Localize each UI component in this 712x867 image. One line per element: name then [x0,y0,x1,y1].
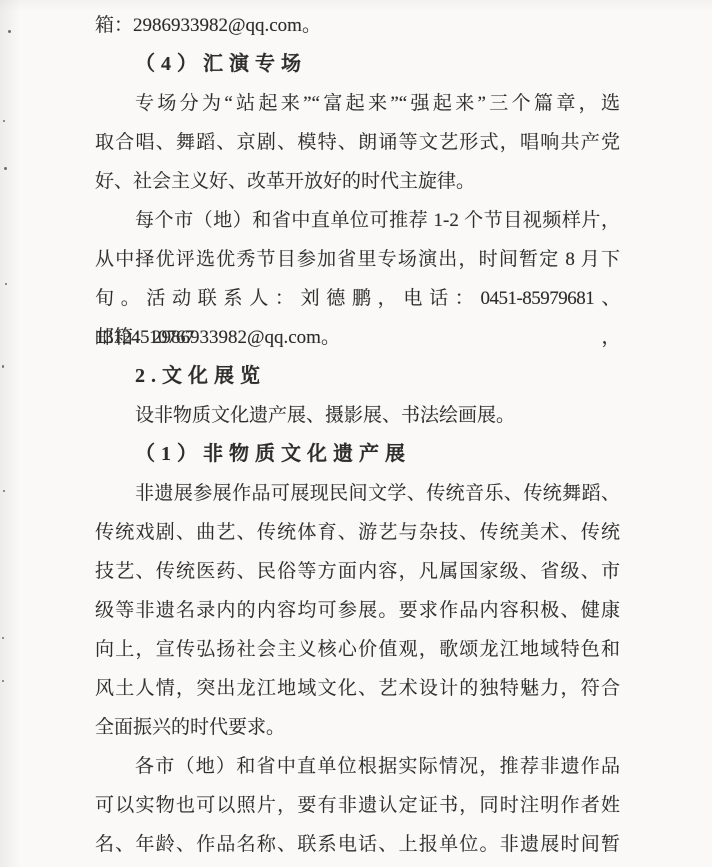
body-line: 级等非遗名录内的内容均可参展。要求作品内容积极、健康 [95,591,620,630]
scan-artifact [2,637,4,639]
body-line-page-bottom: 名、年龄、作品名称、联系电话、上报单位。非遗展时间暂 [95,825,620,864]
scanned-document-page: { "document": { "kind": "scanned-officia… [0,0,712,867]
body-line: 技艺、传统医药、民俗等方面内容，凡属国家级、省级、市 [95,552,620,591]
body-line-contact-info: 旬。活动联系人：刘德鹏，电话：0451-85979681、13124510767… [95,279,620,318]
scan-artifact [3,120,5,122]
body-line-paragraph-end: 全面振兴的时代要求。 [95,708,620,747]
body-line: 各市（地）和省中直单位根据实际情况，推荐非遗作品 [95,747,620,786]
body-line: 每个市（地）和省中直单位可推荐 1-2 个节目视频样片， [95,201,620,240]
scan-artifact [5,283,7,285]
body-line: 传统戏剧、曲艺、传统体育、游艺与杂技、传统美术、传统 [95,513,620,552]
scan-artifact [3,490,5,492]
scan-artifact [2,365,4,368]
line-email-continuation: 箱：2986933982@qq.com。 [95,6,620,45]
heading-cultural-exhibition: 2.文化展览 [95,357,620,396]
scan-edge-shading [0,0,20,867]
body-line: 专场分为“站起来”“富起来”“强起来”三个篇章，选 [95,84,620,123]
body-line: 向上，宣传弘扬社会主义核心价值观，歌颂龙江地域特色和 [95,630,620,669]
scan-artifact [2,680,4,682]
body-line-paragraph-end: 好、社会主义好、改革开放好的时代主旋律。 [95,162,620,201]
body-line-paragraph-end: 设非物质文化遗产展、摄影展、书法绘画展。 [95,396,620,435]
body-line: 从中择优评选优秀节目参加省里专场演出，时间暂定 8 月下 [95,240,620,279]
heading-intangible-heritage-exhibition: （1）非物质文化遗产展 [95,435,620,474]
heading-performance-special: （4）汇演专场 [95,45,620,84]
document-text-block: 箱：2986933982@qq.com。 （4）汇演专场 专场分为“站起来”“富… [95,6,620,864]
scan-artifact [4,167,7,170]
body-line: 风土人情，突出龙江地域文化、艺术设计的独特魅力，符合 [95,669,620,708]
scan-artifact [8,30,11,33]
body-line: 可以实物也可以照片，要有非遗认定证书，同时注明作者姓 [95,786,620,825]
body-line: 取合唱、舞蹈、京剧、模特、朗诵等文艺形式，唱响共产党 [95,123,620,162]
body-line: 非遗展参展作品可展现民间文学、传统音乐、传统舞蹈、 [95,474,620,513]
